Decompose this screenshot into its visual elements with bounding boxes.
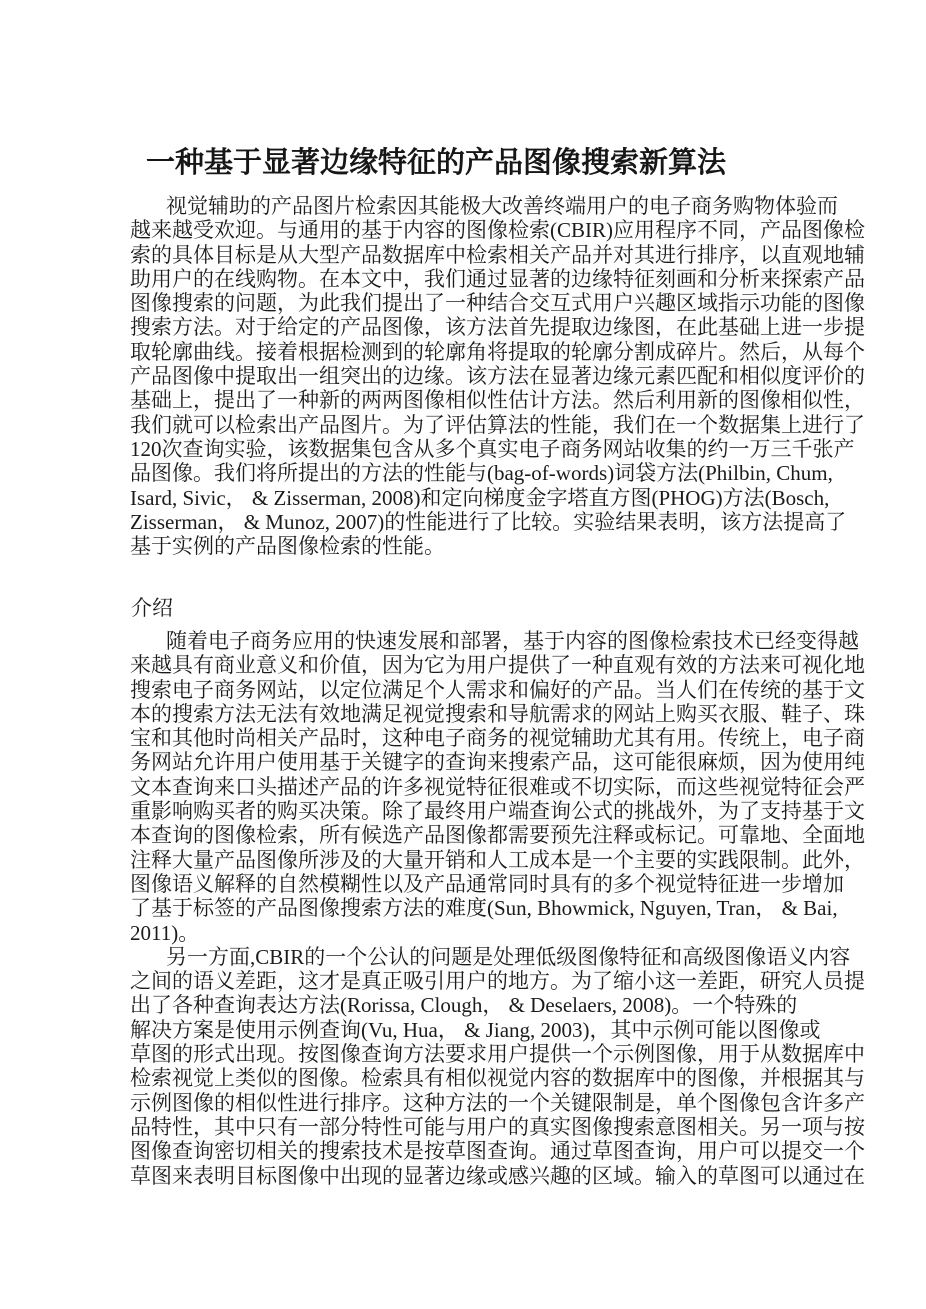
text-line: 宝和其他时尚相关产品时，这种电子商务的视觉辅助尤其有用。传统上，电子商 — [130, 726, 822, 750]
text-line: 越来越受欢迎。与通用的基于内容的图像检索(CBIR)应用程序不同，产品图像检 — [130, 218, 822, 242]
text-line: 草图的形式出现。按图像查询方法要求用户提供一个示例图像，用于从数据库中 — [130, 1042, 822, 1066]
intro-paragraph-1: 随着电子商务应用的快速发展和部署，基于内容的图像检索技术已经变得越来越具有商业意… — [130, 629, 822, 945]
text-line: 示例图像的相似性进行排序。这种方法的一个关键限制是，单个图像包含许多产 — [130, 1091, 822, 1115]
text-line: 文本查询来口头描述产品的许多视觉特征很难或不切实际，而这些视觉特征会严 — [130, 775, 822, 799]
text-line: 图像语义解释的自然模糊性以及产品通常同时具有的多个视觉特征进一步增加 — [130, 872, 822, 896]
intro-paragraph-2: 另一方面,CBIR的一个公认的问题是处理低级图像特征和高级图像语义内容之间的语义… — [130, 945, 822, 1188]
text-line: 图像搜索的问题，为此我们提出了一种结合交互式用户兴趣区域指示功能的图像 — [130, 291, 822, 315]
text-line: 基于实例的产品图像检索的性能。 — [130, 534, 822, 558]
text-line: 品特性，其中只有一部分特性可能与用户的真实图像搜索意图相关。另一项与按 — [130, 1115, 822, 1139]
text-line: 务网站允许用户使用基于关键字的查询来搜索产品，这可能很麻烦，因为使用纯 — [130, 750, 822, 774]
text-line: 图像查询密切相关的搜索技术是按草图查询。通过草图查询，用户可以提交一个 — [130, 1139, 822, 1163]
text-line: 产品图像中提取出一组突出的边缘。该方法在显著边缘元素匹配和相似度评价的 — [130, 364, 822, 388]
text-line: 取轮廓曲线。接着根据检测到的轮廓角将提取的轮廓分割成碎片。然后，从每个 — [130, 340, 822, 364]
introduction-section: 随着电子商务应用的快速发展和部署，基于内容的图像检索技术已经变得越来越具有商业意… — [130, 629, 822, 1188]
text-line: 了基于标签的产品图像搜索方法的难度(Sun, Bhowmick, Nguyen,… — [130, 896, 822, 920]
text-line: 基础上，提出了一种新的两两图像相似性估计方法。然后利用新的图像相似性， — [130, 388, 822, 412]
paper-title: 一种基于显著边缘特征的产品图像搜索新算法 — [146, 145, 726, 181]
text-line: 本的搜索方法无法有效地满足视觉搜索和导航需求的网站上购买衣服、鞋子、珠 — [130, 702, 822, 726]
text-line: 随着电子商务应用的快速发展和部署，基于内容的图像检索技术已经变得越 — [130, 629, 822, 653]
text-line: 重影响购买者的购买决策。除了最终用户端查询公式的挑战外，为了支持基于文 — [130, 799, 822, 823]
text-line: 索的具体目标是从大型产品数据库中检索相关产品并对其进行排序，以直观地辅 — [130, 243, 822, 267]
text-line: 解决方案是使用示例查询(Vu, Hua， & Jiang, 2003)，其中示例… — [130, 1018, 822, 1042]
abstract-paragraph: 视觉辅助的产品图片检索因其能极大改善终端用户的电子商务购物体验而越来越受欢迎。与… — [130, 194, 822, 558]
text-line: 来越具有商业意义和价值，因为它为用户提供了一种直观有效的方法来可视化地 — [130, 653, 822, 677]
text-line: Isard, Sivic， & Zisserman, 2008)和定向梯度金字塔… — [130, 486, 822, 510]
text-line: 草图来表明目标图像中出现的显著边缘或感兴趣的区域。输入的草图可以通过在 — [130, 1164, 822, 1188]
text-line: 本查询的图像检索，所有候选产品图像都需要预先注释或标记。可靠地、全面地 — [130, 823, 822, 847]
text-line: 助用户的在线购物。在本文中，我们通过显著的边缘特征刻画和分析来探索产品 — [130, 267, 822, 291]
text-line: 搜索电子商务网站，以定位满足个人需求和偏好的产品。当人们在传统的基于文 — [130, 678, 822, 702]
document-page: 一种基于显著边缘特征的产品图像搜索新算法 视觉辅助的产品图片检索因其能极大改善终… — [0, 0, 926, 1309]
text-line: Zisserman， & Munoz, 2007)的性能进行了比较。实验结果表明… — [130, 510, 822, 534]
section-heading-intro: 介绍 — [131, 595, 173, 621]
text-line: 之间的语义差距，这才是真正吸引用户的地方。为了缩小这一差距，研究人员提 — [130, 969, 822, 993]
text-line: 注释大量产品图像所涉及的大量开销和人工成本是一个主要的实践限制。此外， — [130, 848, 822, 872]
text-line: 另一方面,CBIR的一个公认的问题是处理低级图像特征和高级图像语义内容 — [130, 945, 822, 969]
text-line: 120次查询实验，该数据集包含从多个真实电子商务网站收集的约一万三千张产 — [130, 437, 822, 461]
text-line: 2011)。 — [130, 921, 822, 945]
text-line: 我们就可以检索出产品图片。为了评估算法的性能，我们在一个数据集上进行了 — [130, 413, 822, 437]
text-line: 品图像。我们将所提出的方法的性能与(bag-of-words)词袋方法(Phil… — [130, 461, 822, 485]
text-line: 视觉辅助的产品图片检索因其能极大改善终端用户的电子商务购物体验而 — [130, 194, 822, 218]
text-line: 出了各种查询表达方法(Rorissa, Clough， & Deselaers,… — [130, 993, 822, 1017]
text-line: 搜索方法。对于给定的产品图像，该方法首先提取边缘图，在此基础上进一步提 — [130, 315, 822, 339]
text-line: 检索视觉上类似的图像。检索具有相似视觉内容的数据库中的图像，并根据其与 — [130, 1066, 822, 1090]
